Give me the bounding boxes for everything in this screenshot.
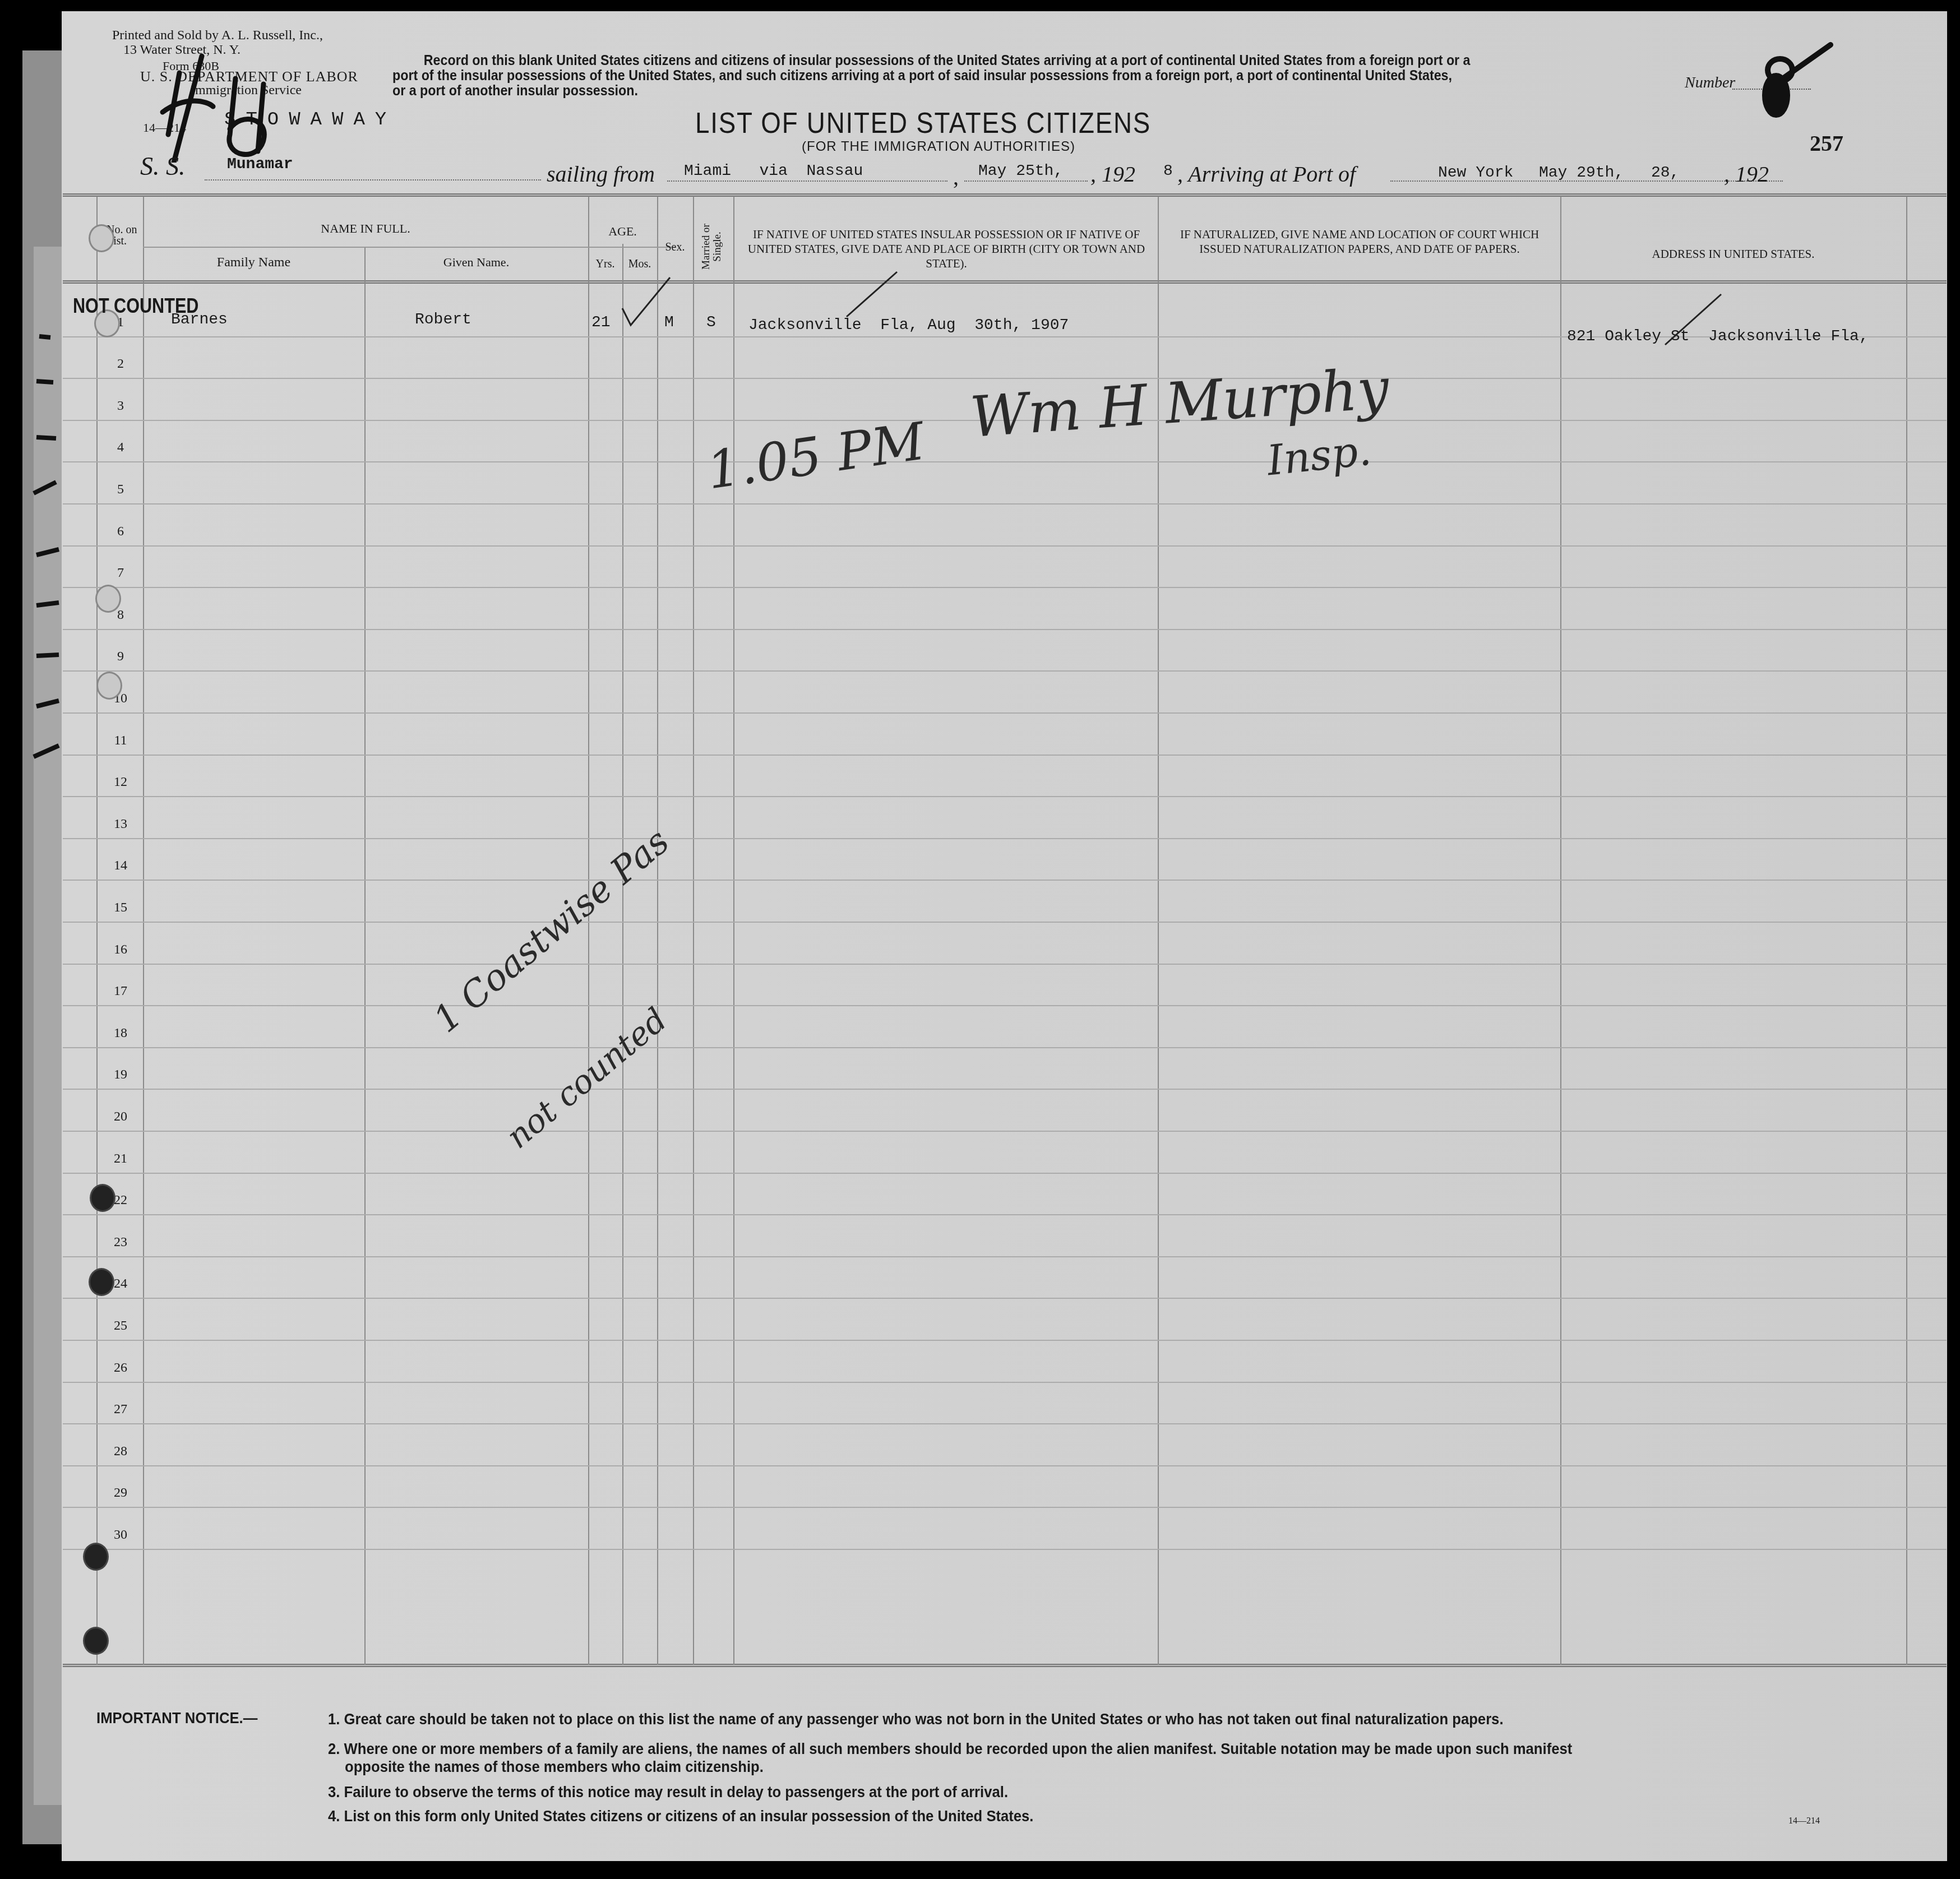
page-subtitle: (FOR THE IMMIGRATION AUTHORITIES) xyxy=(802,139,1075,155)
check-mark-icon xyxy=(617,275,684,336)
col-line-mos xyxy=(622,244,623,1665)
row-rule xyxy=(63,755,1947,756)
row-rule xyxy=(63,1507,1947,1508)
row-number: 13 xyxy=(109,817,132,832)
arrival-port: New York xyxy=(1438,164,1513,182)
row-rule xyxy=(63,1256,1947,1257)
header-birth: IF NATIVE OF UNITED STATES INSULAR POSSE… xyxy=(739,227,1154,271)
row-rule xyxy=(63,1340,1947,1341)
row-number: 28 xyxy=(109,1444,132,1459)
instruction-line-2: port of the insular possessions of the U… xyxy=(392,68,1540,84)
row-number: 26 xyxy=(109,1360,132,1376)
row-number: 15 xyxy=(109,900,132,915)
departure-date: May 25th, xyxy=(978,163,1063,180)
manifest-page xyxy=(62,11,1947,1861)
row-rule xyxy=(63,670,1947,672)
col-line-given xyxy=(364,247,366,1665)
row-rule xyxy=(63,378,1947,379)
ship-name-line xyxy=(205,179,541,181)
row-number: 7 xyxy=(109,566,132,581)
row-rule xyxy=(63,1465,1947,1466)
row-number: 17 xyxy=(109,984,132,999)
header-married-single: Married or Single. xyxy=(701,221,723,272)
row-rule xyxy=(63,1047,1947,1048)
row-rule xyxy=(63,712,1947,714)
arrival-year-typed: 28, xyxy=(1651,164,1679,182)
arrival-date: May 29th, xyxy=(1539,164,1624,182)
instruction-line-3: or a port of another insular possession. xyxy=(392,84,1540,99)
row-number: 14 xyxy=(109,858,132,873)
row-1-age-yrs: 21 xyxy=(591,314,611,331)
row-rule xyxy=(63,503,1947,505)
col-line-birth xyxy=(733,196,734,1665)
row-1-married-single: S xyxy=(706,314,716,331)
row-1-family-name: Barnes xyxy=(171,311,228,328)
departure-date-line xyxy=(964,181,1088,182)
check-mark-icon xyxy=(841,269,908,320)
row-rule xyxy=(63,587,1947,588)
row-rule xyxy=(63,838,1947,839)
header-age: AGE. xyxy=(588,224,657,239)
punch-hole xyxy=(90,1184,115,1212)
row-number: 2 xyxy=(109,357,132,372)
punch-hole xyxy=(96,672,122,700)
header-family-name: Family Name xyxy=(143,255,364,270)
row-number: 20 xyxy=(109,1109,132,1124)
row-rule xyxy=(63,1131,1947,1132)
page-title: LIST OF UNITED STATES CITIZENS xyxy=(695,107,1151,140)
punch-hole xyxy=(89,1268,114,1296)
header-given-name: Given Name. xyxy=(364,255,588,270)
row-rule xyxy=(63,1549,1947,1550)
col-line-address xyxy=(1560,196,1561,1665)
row-number: 29 xyxy=(109,1485,132,1501)
row-number: 3 xyxy=(109,399,132,414)
printer-line-1: Printed and Sold by A. L. Russell, Inc., xyxy=(112,28,323,43)
ss-label: S. S. xyxy=(140,151,186,181)
year-prefix: , 192 xyxy=(1090,161,1135,187)
col-line-married xyxy=(693,196,694,1665)
header-sex: Sex. xyxy=(657,240,693,254)
row-number: 12 xyxy=(109,775,132,790)
punch-hole xyxy=(95,585,121,613)
name-subheader-rule xyxy=(143,247,676,248)
row-rule xyxy=(63,461,1947,462)
row-number: 25 xyxy=(109,1318,132,1334)
col-line-age xyxy=(588,196,589,1665)
page-number: 257 xyxy=(1810,130,1843,156)
handwritten-number-icon: 8 xyxy=(1749,39,1833,123)
sailing-from-line xyxy=(667,181,947,182)
row-rule xyxy=(63,1382,1947,1383)
header-bottom-rule xyxy=(63,280,1947,284)
footer-form-code: 14—214 xyxy=(1788,1816,1820,1826)
row-number: 30 xyxy=(109,1528,132,1543)
punch-hole xyxy=(89,224,114,252)
number-label: Number xyxy=(1685,74,1735,92)
row-rule xyxy=(63,964,1947,965)
notice-heading: IMPORTANT NOTICE.— xyxy=(96,1710,257,1727)
row-rule xyxy=(63,1214,1947,1215)
header-name-in-full: NAME IN FULL. xyxy=(143,221,588,236)
row-number: 21 xyxy=(109,1151,132,1167)
comma: , xyxy=(953,164,959,190)
row-rule xyxy=(63,922,1947,923)
row-rule xyxy=(63,1173,1947,1174)
row-number: 9 xyxy=(109,649,132,664)
header-yrs: Yrs. xyxy=(588,257,622,271)
col-line-right xyxy=(1906,196,1907,1665)
notice-item-1: 1. Great care should be taken not to pla… xyxy=(328,1711,1819,1728)
sailing-from-label: sailing from xyxy=(547,161,655,187)
table-bottom-rule xyxy=(63,1664,1947,1667)
row-number: 6 xyxy=(109,524,132,539)
col-line-no xyxy=(96,196,98,1665)
row-number: 5 xyxy=(109,482,132,497)
underlying-page-markings-icon xyxy=(22,291,62,1020)
form-instructions: Record on this blank United States citiz… xyxy=(392,53,1540,99)
row-rule xyxy=(63,1005,1947,1006)
notice-item-4: 4. List on this form only United States … xyxy=(328,1808,1819,1825)
check-mark-icon xyxy=(1659,291,1727,348)
handwritten-scribble-icon xyxy=(146,50,292,163)
row-number: 19 xyxy=(109,1067,132,1082)
ship-name: Munamar xyxy=(227,156,293,173)
row-number: 18 xyxy=(109,1026,132,1041)
arriving-label: , Arriving at Port of xyxy=(1177,161,1356,187)
sailing-from-value: Miami via Nassau xyxy=(684,163,863,180)
table-top-rule xyxy=(63,193,1947,197)
row-number: 23 xyxy=(109,1235,132,1250)
row-number: 16 xyxy=(109,942,132,957)
col-line-family xyxy=(143,196,144,1665)
row-rule xyxy=(63,1298,1947,1299)
header-mos: Mos. xyxy=(622,257,657,271)
departure-year: 8 xyxy=(1163,163,1173,180)
notice-item-2-cont: opposite the names of those members who … xyxy=(345,1758,1836,1776)
row-rule xyxy=(63,1423,1947,1424)
row-rule xyxy=(63,880,1947,881)
col-line-sex xyxy=(657,196,658,1665)
header-address: ADDRESS IN UNITED STATES. xyxy=(1560,247,1906,261)
row-rule xyxy=(63,1089,1947,1090)
punch-hole xyxy=(83,1627,109,1655)
row-number: 11 xyxy=(109,733,132,748)
row-rule xyxy=(63,796,1947,797)
row-number: 27 xyxy=(109,1402,132,1417)
punch-hole xyxy=(83,1543,109,1571)
header-naturalized: IF NATURALIZED, GIVE NAME AND LOCATION O… xyxy=(1166,227,1553,256)
instruction-line-1: Record on this blank United States citiz… xyxy=(392,53,1540,68)
row-rule xyxy=(63,629,1947,630)
arrival-year-prefix: , 192 xyxy=(1724,161,1769,187)
row-1-birth: Jacksonville Fla, Aug 30th, 1907 xyxy=(748,317,1069,334)
notice-item-3: 3. Failure to observe the terms of this … xyxy=(328,1784,1819,1801)
row-number: 4 xyxy=(109,440,132,455)
row-rule xyxy=(63,545,1947,547)
notice-item-2: 2. Where one or more members of a family… xyxy=(328,1741,1873,1758)
row-1-given-name: Robert xyxy=(415,311,471,328)
